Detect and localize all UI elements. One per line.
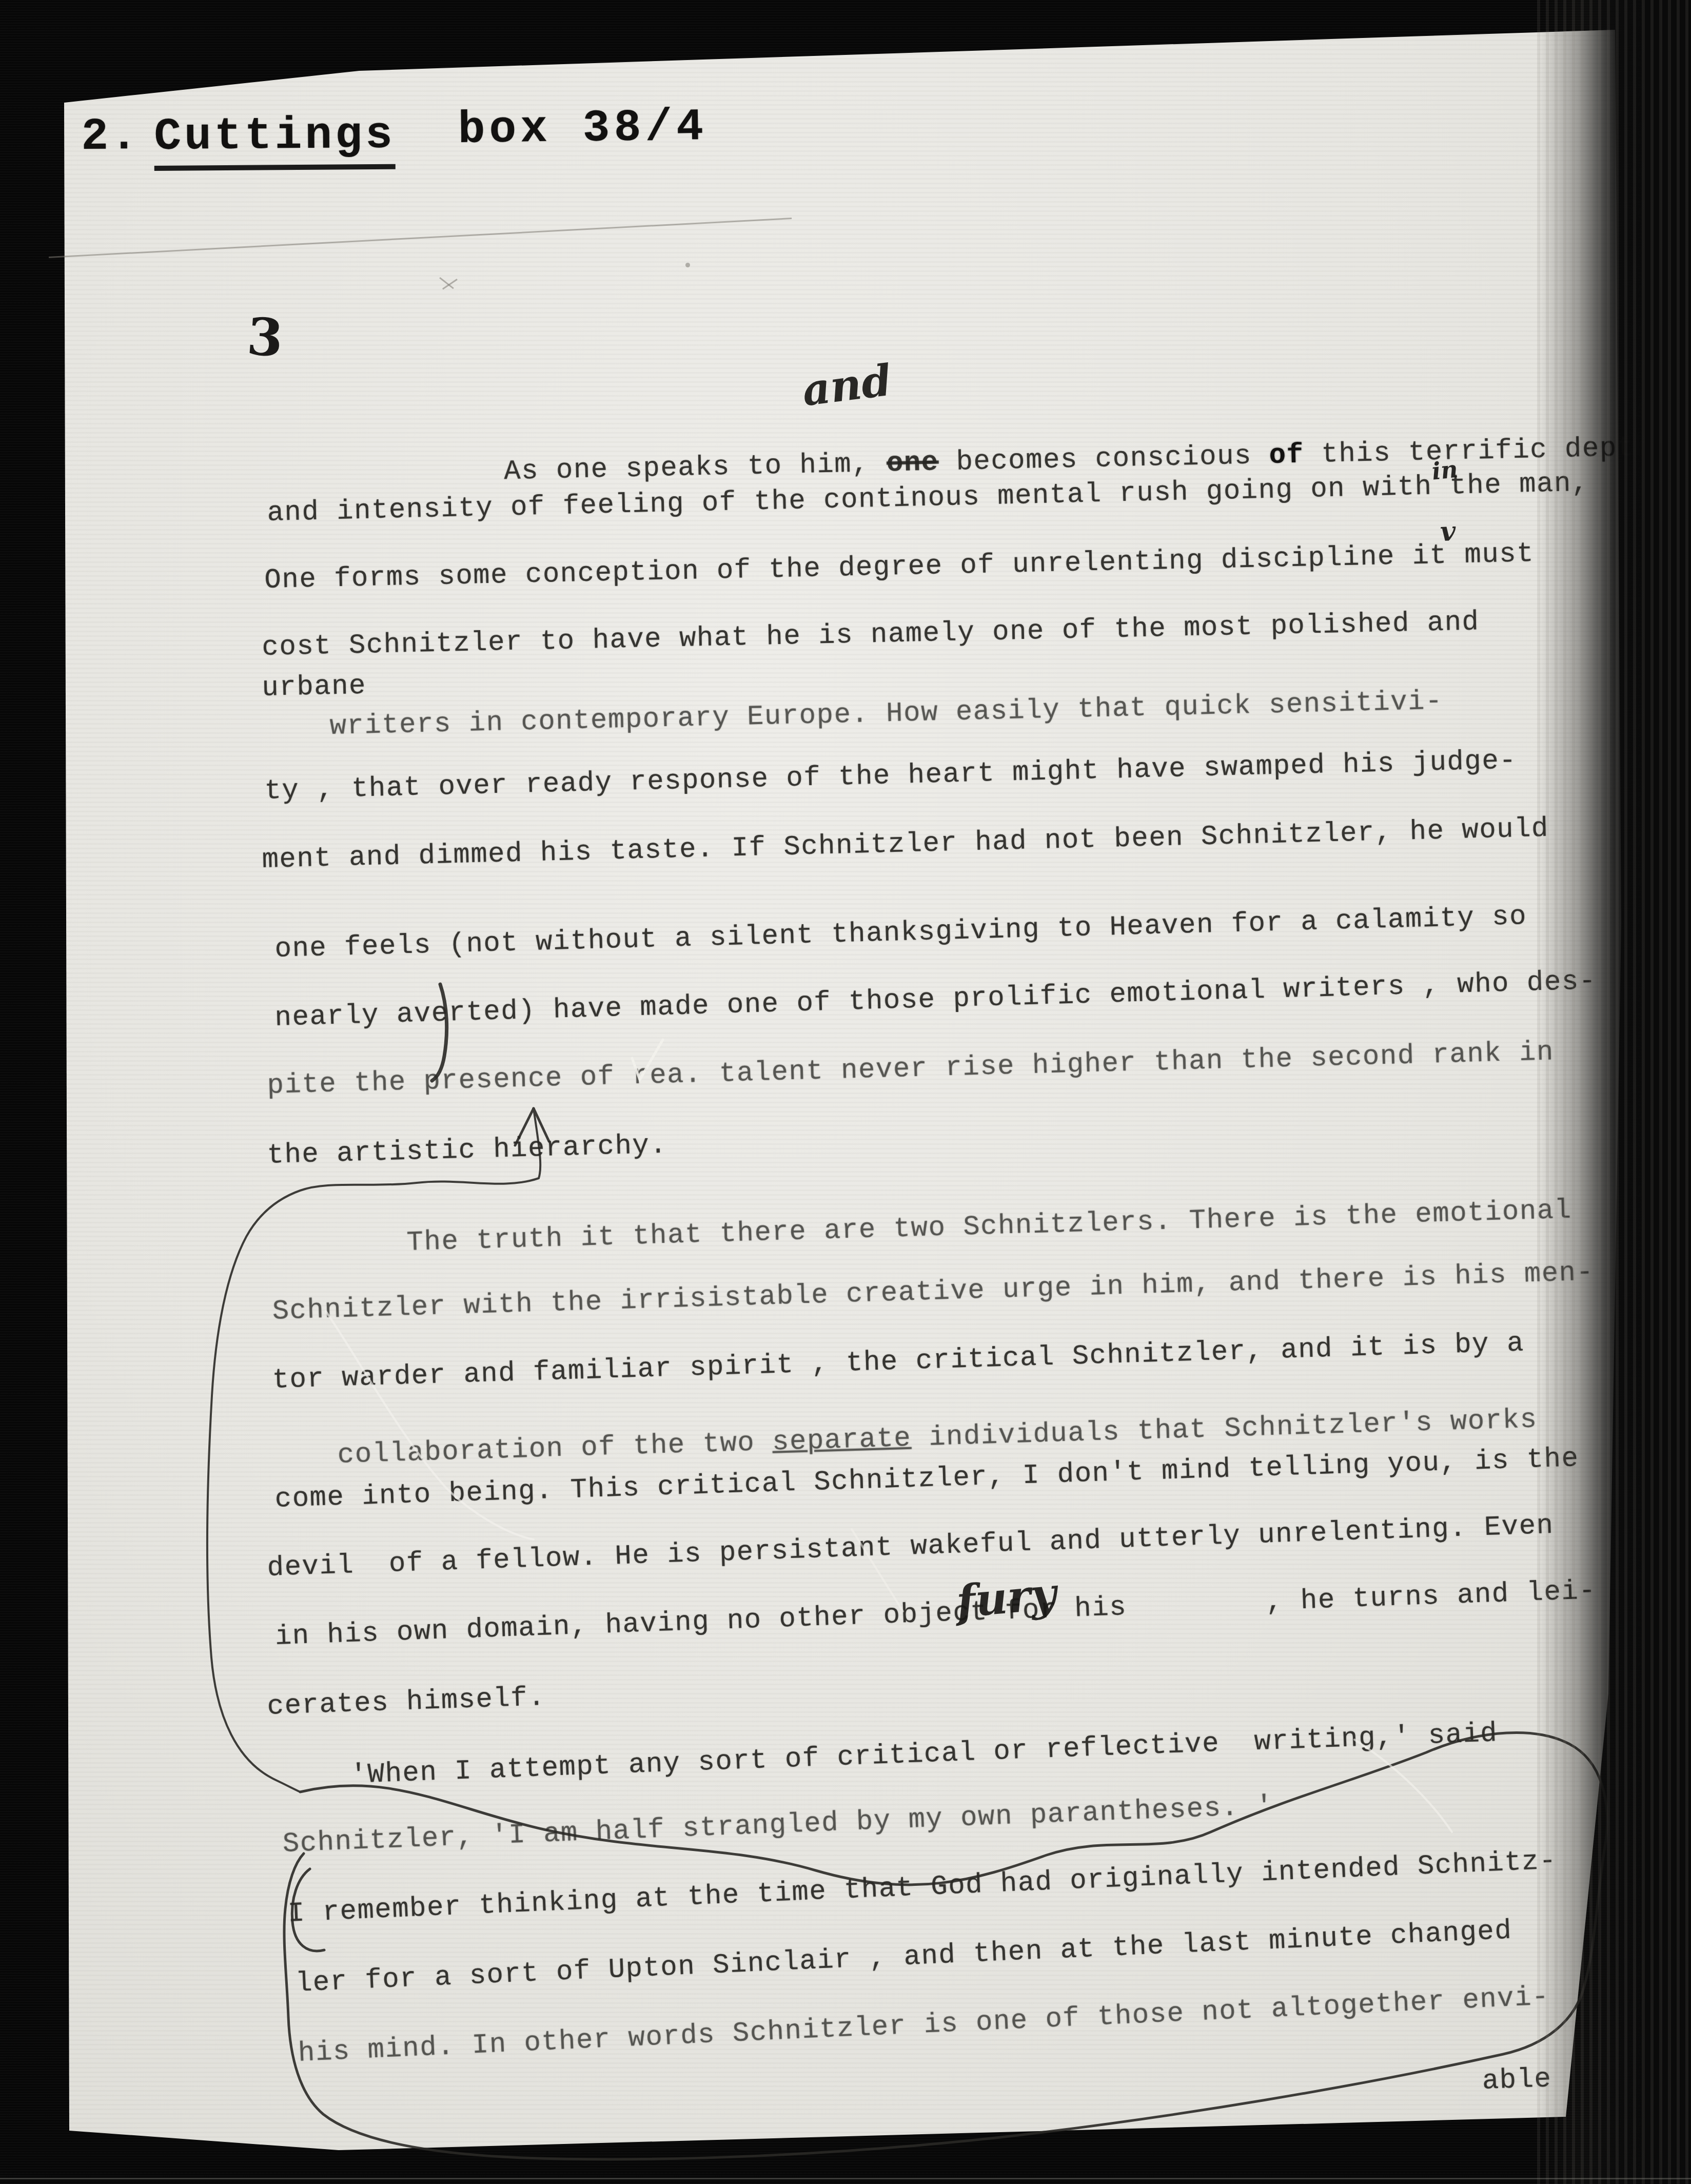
line-text: this terrific depth <box>1304 432 1652 471</box>
line-text: As one speaks to him, <box>504 449 887 488</box>
header-number: 2. <box>81 111 140 163</box>
handwritten-insertion-in: in <box>1430 455 1459 485</box>
handwritten-insertion-and: and <box>799 355 894 416</box>
scanned-document: 2. Cuttings box 38/4 3 As one speaks to … <box>0 0 1691 2184</box>
stray-dot <box>685 263 690 267</box>
scan-artifact-line <box>0 2178 1691 2179</box>
header-title: Cuttings <box>154 110 396 171</box>
handwritten-insertion-fury: fury <box>954 1568 1058 1628</box>
line-text: collaboration of the two <box>337 1427 773 1471</box>
handwritten-page-number: 3 <box>245 306 285 369</box>
line-text: becomes conscious <box>938 440 1269 478</box>
header-box-reference: box 38/4 <box>458 102 708 156</box>
overtyped-word: of <box>1269 439 1304 471</box>
typescript-line: urbane <box>262 673 367 703</box>
struck-word: one <box>886 447 939 479</box>
line-text: individuals that Schnitzler's works <box>911 1405 1538 1454</box>
typescript-line: able <box>1482 2065 1552 2096</box>
underlined-word: separate <box>772 1423 912 1458</box>
handwritten-caret: v <box>1440 516 1456 548</box>
